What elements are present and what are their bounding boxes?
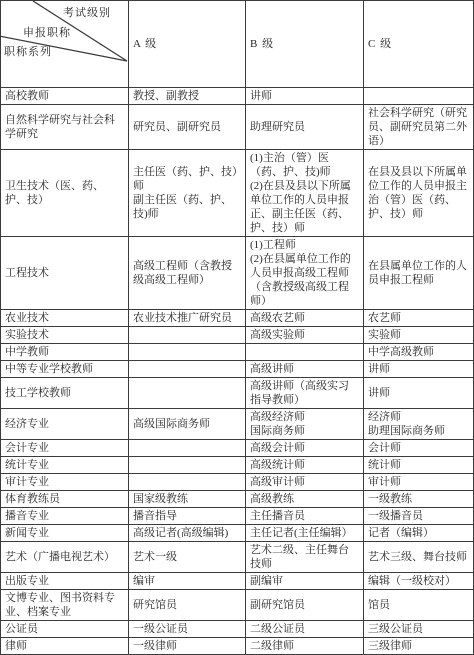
table-row: 审计专业 高级审计师 审计师 (1, 474, 474, 491)
table-row: 艺术（广播电视艺术） 艺术一级 艺术二级、主任舞台技师 艺术三级、舞台技师 (1, 542, 474, 573)
cell-series: 审计专业 (1, 474, 129, 491)
table-row: 卫生技术（医、药、护、技） 主任医（药、护、技）师 副主任医（药、护、技)师 (… (1, 150, 474, 237)
table-row: 中学教师 中学高级教师 (1, 344, 474, 361)
cell-series: 工程技术 (1, 237, 129, 310)
column-header-level-a: A 级 (129, 1, 246, 88)
cell-level-b: 高级审计师 (246, 474, 364, 491)
cell-level-a: 主任医（药、护、技）师 副主任医（药、护、技)师 (129, 150, 246, 237)
cell-level-c: 在县属单位工作的人员申报工程师 (364, 237, 474, 310)
cell-level-a: 教授、副教授 (129, 88, 246, 105)
table-row: 出版专业 编审 副编审 编辑（一级校对） (1, 573, 474, 590)
cell-level-a: 高级记者(高级编辑) (129, 525, 246, 542)
cell-series: 中等专业学校教师 (1, 361, 129, 378)
cell-level-b: 二级律师 (246, 638, 364, 655)
table-row: 农业技术 农业技术推广研究员 高级农艺师 农艺师 (1, 310, 474, 327)
cell-series: 律师 (1, 638, 129, 655)
cell-level-b: 高级农艺师 (246, 310, 364, 327)
cell-series: 会计专业 (1, 440, 129, 457)
cell-level-b (246, 344, 364, 361)
cell-level-a: 高级国际商务师 (129, 409, 246, 440)
corner-label-exam-level: 考试级别 (63, 7, 111, 20)
table-row: 自然科学研究与社会科学研究 研究员、副研究员 助理研究员 社会科学研究（研究员、… (1, 105, 474, 150)
cell-level-b: 二级公证员 (246, 621, 364, 638)
table-row: 工程技术 高级工程师（含教授级高级工程师） (1)工程师 (2)在县属单位工作的… (1, 237, 474, 310)
cell-level-a (129, 378, 246, 409)
cell-series: 新闻专业 (1, 525, 129, 542)
cell-level-c: 记者（编辑） (364, 525, 474, 542)
cell-level-b: 主任播音员 (246, 508, 364, 525)
cell-level-c: 三级律师 (364, 638, 474, 655)
cell-level-a: 国家级教练 (129, 491, 246, 508)
cell-series: 艺术（广播电视艺术） (1, 542, 129, 573)
table-row: 体育教练员 国家级教练 高级教练 一级教练 (1, 491, 474, 508)
cell-level-b: 艺术二级、主任舞台技师 (246, 542, 364, 573)
column-header-level-c: C 级 (364, 1, 474, 88)
corner-header-cell: 考试级别 申报职称 职称系列 (1, 1, 129, 88)
table-row: 技工学校教师 高级讲师（高级实习指导教师） 讲师 (1, 378, 474, 409)
cell-level-c: 艺术三级、舞台技师 (364, 542, 474, 573)
table-row: 统计专业 高级统计师 统计师 (1, 457, 474, 474)
cell-series: 农业技术 (1, 310, 129, 327)
cell-level-b: 高级讲师（高级实习指导教师） (246, 378, 364, 409)
cell-level-b: 高级会计师 (246, 440, 364, 457)
cell-level-b: 助理研究员 (246, 105, 364, 150)
cell-level-b: 高级讲师 (246, 361, 364, 378)
cell-series: 高校教师 (1, 88, 129, 105)
cell-level-a: 研究员、副研究员 (129, 105, 246, 150)
table-row: 高校教师 教授、副教授 讲师 (1, 88, 474, 105)
cell-level-b: 副研究馆员 (246, 590, 364, 621)
cell-level-c: 实验师 (364, 327, 474, 344)
cell-level-c: 农艺师 (364, 310, 474, 327)
cell-level-a: 播音指导 (129, 508, 246, 525)
cell-level-a (129, 457, 246, 474)
cell-level-a: 一级公证员 (129, 621, 246, 638)
cell-level-a: 编审 (129, 573, 246, 590)
cell-series: 播音专业 (1, 508, 129, 525)
cell-level-a: 艺术一级 (129, 542, 246, 573)
table-row: 公证员 一级公证员 二级公证员 三级公证员 (1, 621, 474, 638)
cell-series: 体育教练员 (1, 491, 129, 508)
cell-level-c: 会计师 (364, 440, 474, 457)
header-row: 考试级别 申报职称 职称系列 A 级 B 级 C 级 (1, 1, 474, 88)
cell-series: 公证员 (1, 621, 129, 638)
cell-series: 技工学校教师 (1, 378, 129, 409)
cell-level-b: 讲师 (246, 88, 364, 105)
cell-level-c: 三级公证员 (364, 621, 474, 638)
column-header-level-b: B 级 (246, 1, 364, 88)
cell-level-c: 馆员 (364, 590, 474, 621)
cell-level-b: 副编审 (246, 573, 364, 590)
cell-level-c: 讲师 (364, 378, 474, 409)
cell-level-c: 在县及县以下所属单位工作的人员申报主治（管）医（药、护、技）师 (364, 150, 474, 237)
cell-level-c: 经济师 助理国际商务师 (364, 409, 474, 440)
cell-level-b: (1)主治（管）医（药、护、技)师 (2)在县及县以下所属单位工作的人员申报正、… (246, 150, 364, 237)
cell-series: 统计专业 (1, 457, 129, 474)
cell-level-b: 高级教练 (246, 491, 364, 508)
cell-level-a (129, 440, 246, 457)
cell-series: 卫生技术（医、药、护、技） (1, 150, 129, 237)
cell-level-a (129, 474, 246, 491)
cell-series: 文博专业、图书资料专业、档案专业 (1, 590, 129, 621)
exam-level-qualification-table: 考试级别 申报职称 职称系列 A 级 B 级 C 级 高校教师 教授、副教授 讲… (0, 0, 474, 655)
cell-level-b: 高级经济师 国际商务师 (246, 409, 364, 440)
table-row: 播音专业 播音指导 主任播音员 一级播音员 (1, 508, 474, 525)
cell-level-a (129, 327, 246, 344)
cell-level-b: 主任记者(主任编辑） (246, 525, 364, 542)
cell-level-c: 社会科学研究（研究员、副研究员第二外语） (364, 105, 474, 150)
cell-level-c: 编辑（一级校对） (364, 573, 474, 590)
cell-series: 经济专业 (1, 409, 129, 440)
corner-label-title-series: 职称系列 (4, 46, 52, 59)
table-row: 新闻专业 高级记者(高级编辑) 主任记者(主任编辑） 记者（编辑） (1, 525, 474, 542)
table-row: 律师 一级律师 二级律师 三级律师 (1, 638, 474, 655)
cell-series: 中学教师 (1, 344, 129, 361)
cell-level-c: 讲师 (364, 361, 474, 378)
cell-level-a: 一级律师 (129, 638, 246, 655)
cell-level-a (129, 344, 246, 361)
cell-level-a: 高级工程师（含教授级高级工程师） (129, 237, 246, 310)
table-row: 经济专业 高级国际商务师 高级经济师 国际商务师 经济师 助理国际商务师 (1, 409, 474, 440)
cell-series: 自然科学研究与社会科学研究 (1, 105, 129, 150)
corner-label-declared-title: 申报职称 (23, 27, 71, 40)
cell-level-a (129, 361, 246, 378)
cell-level-c: 审计师 (364, 474, 474, 491)
cell-series: 实验技术 (1, 327, 129, 344)
cell-level-c: 一级播音员 (364, 508, 474, 525)
cell-level-c: 一级教练 (364, 491, 474, 508)
table-row: 实验技术 高级实验师 实验师 (1, 327, 474, 344)
cell-level-a: 研究馆员 (129, 590, 246, 621)
cell-series: 出版专业 (1, 573, 129, 590)
cell-level-c: 统计师 (364, 457, 474, 474)
table-row: 中等专业学校教师 高级讲师 讲师 (1, 361, 474, 378)
table-row: 会计专业 高级会计师 会计师 (1, 440, 474, 457)
cell-level-b: 高级实验师 (246, 327, 364, 344)
cell-level-c (364, 88, 474, 105)
cell-level-b: 高级统计师 (246, 457, 364, 474)
cell-level-b: (1)工程师 (2)在县属单位工作的人员申报高级工程师（含教授级高级工程师） (246, 237, 364, 310)
cell-level-a: 农业技术推广研究员 (129, 310, 246, 327)
table-row: 文博专业、图书资料专业、档案专业 研究馆员 副研究馆员 馆员 (1, 590, 474, 621)
cell-level-c: 中学高级教师 (364, 344, 474, 361)
